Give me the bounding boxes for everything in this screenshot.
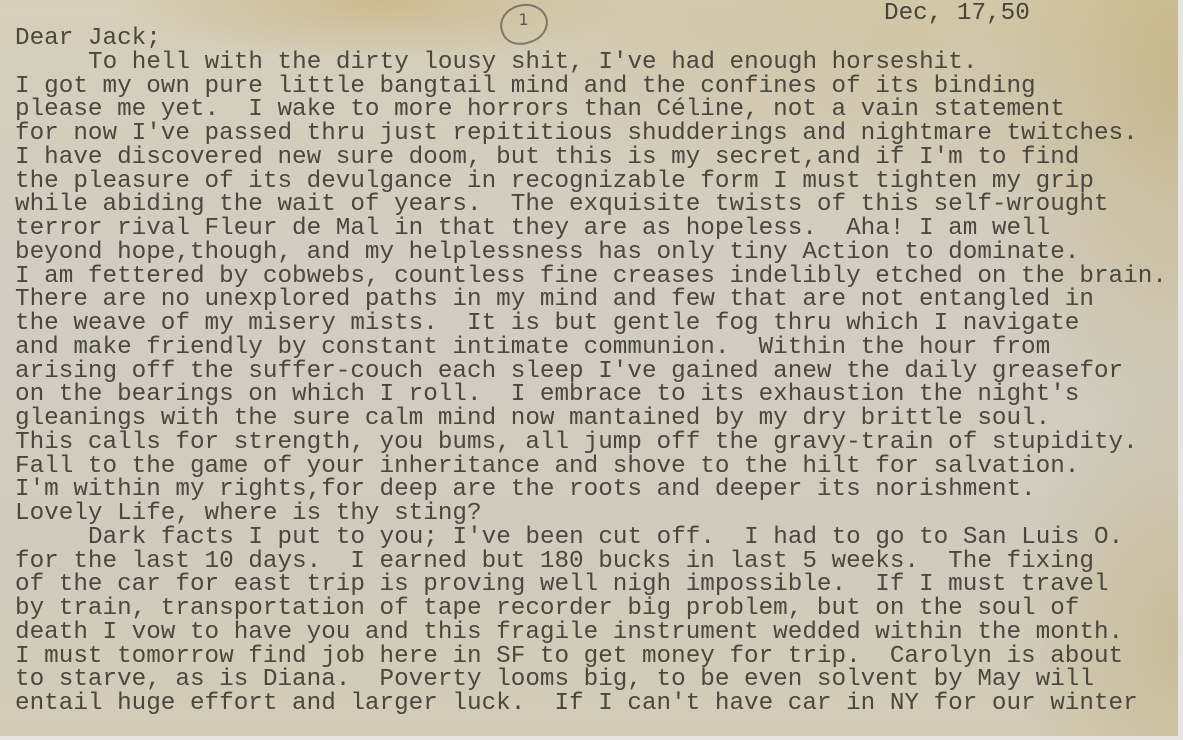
letter-date: Dec, 17,50 (884, 2, 1030, 26)
letter-line: on the bearings on which I roll. I embra… (15, 383, 1167, 407)
letter-line: Fall to the game of your inheritance and… (15, 455, 1167, 479)
letter-line: of the car for east trip is proving well… (15, 573, 1167, 597)
letter-line: I am fettered by cobwebs, countless fine… (15, 265, 1167, 289)
letter-line: Dark facts I put to you; I've been cut o… (15, 526, 1167, 550)
letter-line: There are no unexplored paths in my mind… (15, 288, 1167, 312)
letter-line: terror rival Fleur de Mal in that they a… (15, 217, 1167, 241)
letter-line: for the last 10 days. I earned but 180 b… (15, 550, 1167, 574)
letter-line: to starve, as is Diana. Poverty looms bi… (15, 668, 1167, 692)
letter-line: This calls for strength, you bums, all j… (15, 431, 1167, 455)
letter-line: death I vow to have you and this fragile… (15, 621, 1167, 645)
letter-line: the weave of my misery mists. It is but … (15, 312, 1167, 336)
letter-line: by train, transportation of tape recorde… (15, 597, 1167, 621)
scanned-letter-page: 1 Dec, 17,50 Dear Jack; To hell with the… (0, 0, 1178, 736)
letter-line: To hell with the dirty lousy shit, I've … (15, 51, 1167, 75)
letter-line: for now I've passed thru just repititiou… (15, 122, 1167, 146)
scan-border-right (1178, 0, 1183, 740)
letter-line: I'm within my rights,for deep are the ro… (15, 478, 1167, 502)
letter-line: the pleasure of its devulgance in recogn… (15, 170, 1167, 194)
letter-line: I got my own pure little bangtail mind a… (15, 75, 1167, 99)
letter-line: while abiding the wait of years. The exq… (15, 193, 1167, 217)
letter-line: I have discovered new sure doom, but thi… (15, 146, 1167, 170)
letter-line: I must tomorrow find job here in SF to g… (15, 645, 1167, 669)
salutation: Dear Jack; (15, 27, 1167, 51)
letter-line: arising off the suffer-couch each sleep … (15, 360, 1167, 384)
letter-line: please me yet. I wake to more horrors th… (15, 98, 1167, 122)
letter-line: beyond hope,though, and my helplessness … (15, 241, 1167, 265)
letter-line: Lovely Life, where is thy sting? (15, 502, 1167, 526)
letter-line: entail huge effort and larger luck. If I… (15, 692, 1167, 716)
letter-line: gleanings with the sure calm mind now ma… (15, 407, 1167, 431)
letter-line: and make friendly by constant intimate c… (15, 336, 1167, 360)
letter-body: Dear Jack; To hell with the dirty lousy … (15, 27, 1167, 716)
scan-border-bottom (0, 736, 1183, 740)
